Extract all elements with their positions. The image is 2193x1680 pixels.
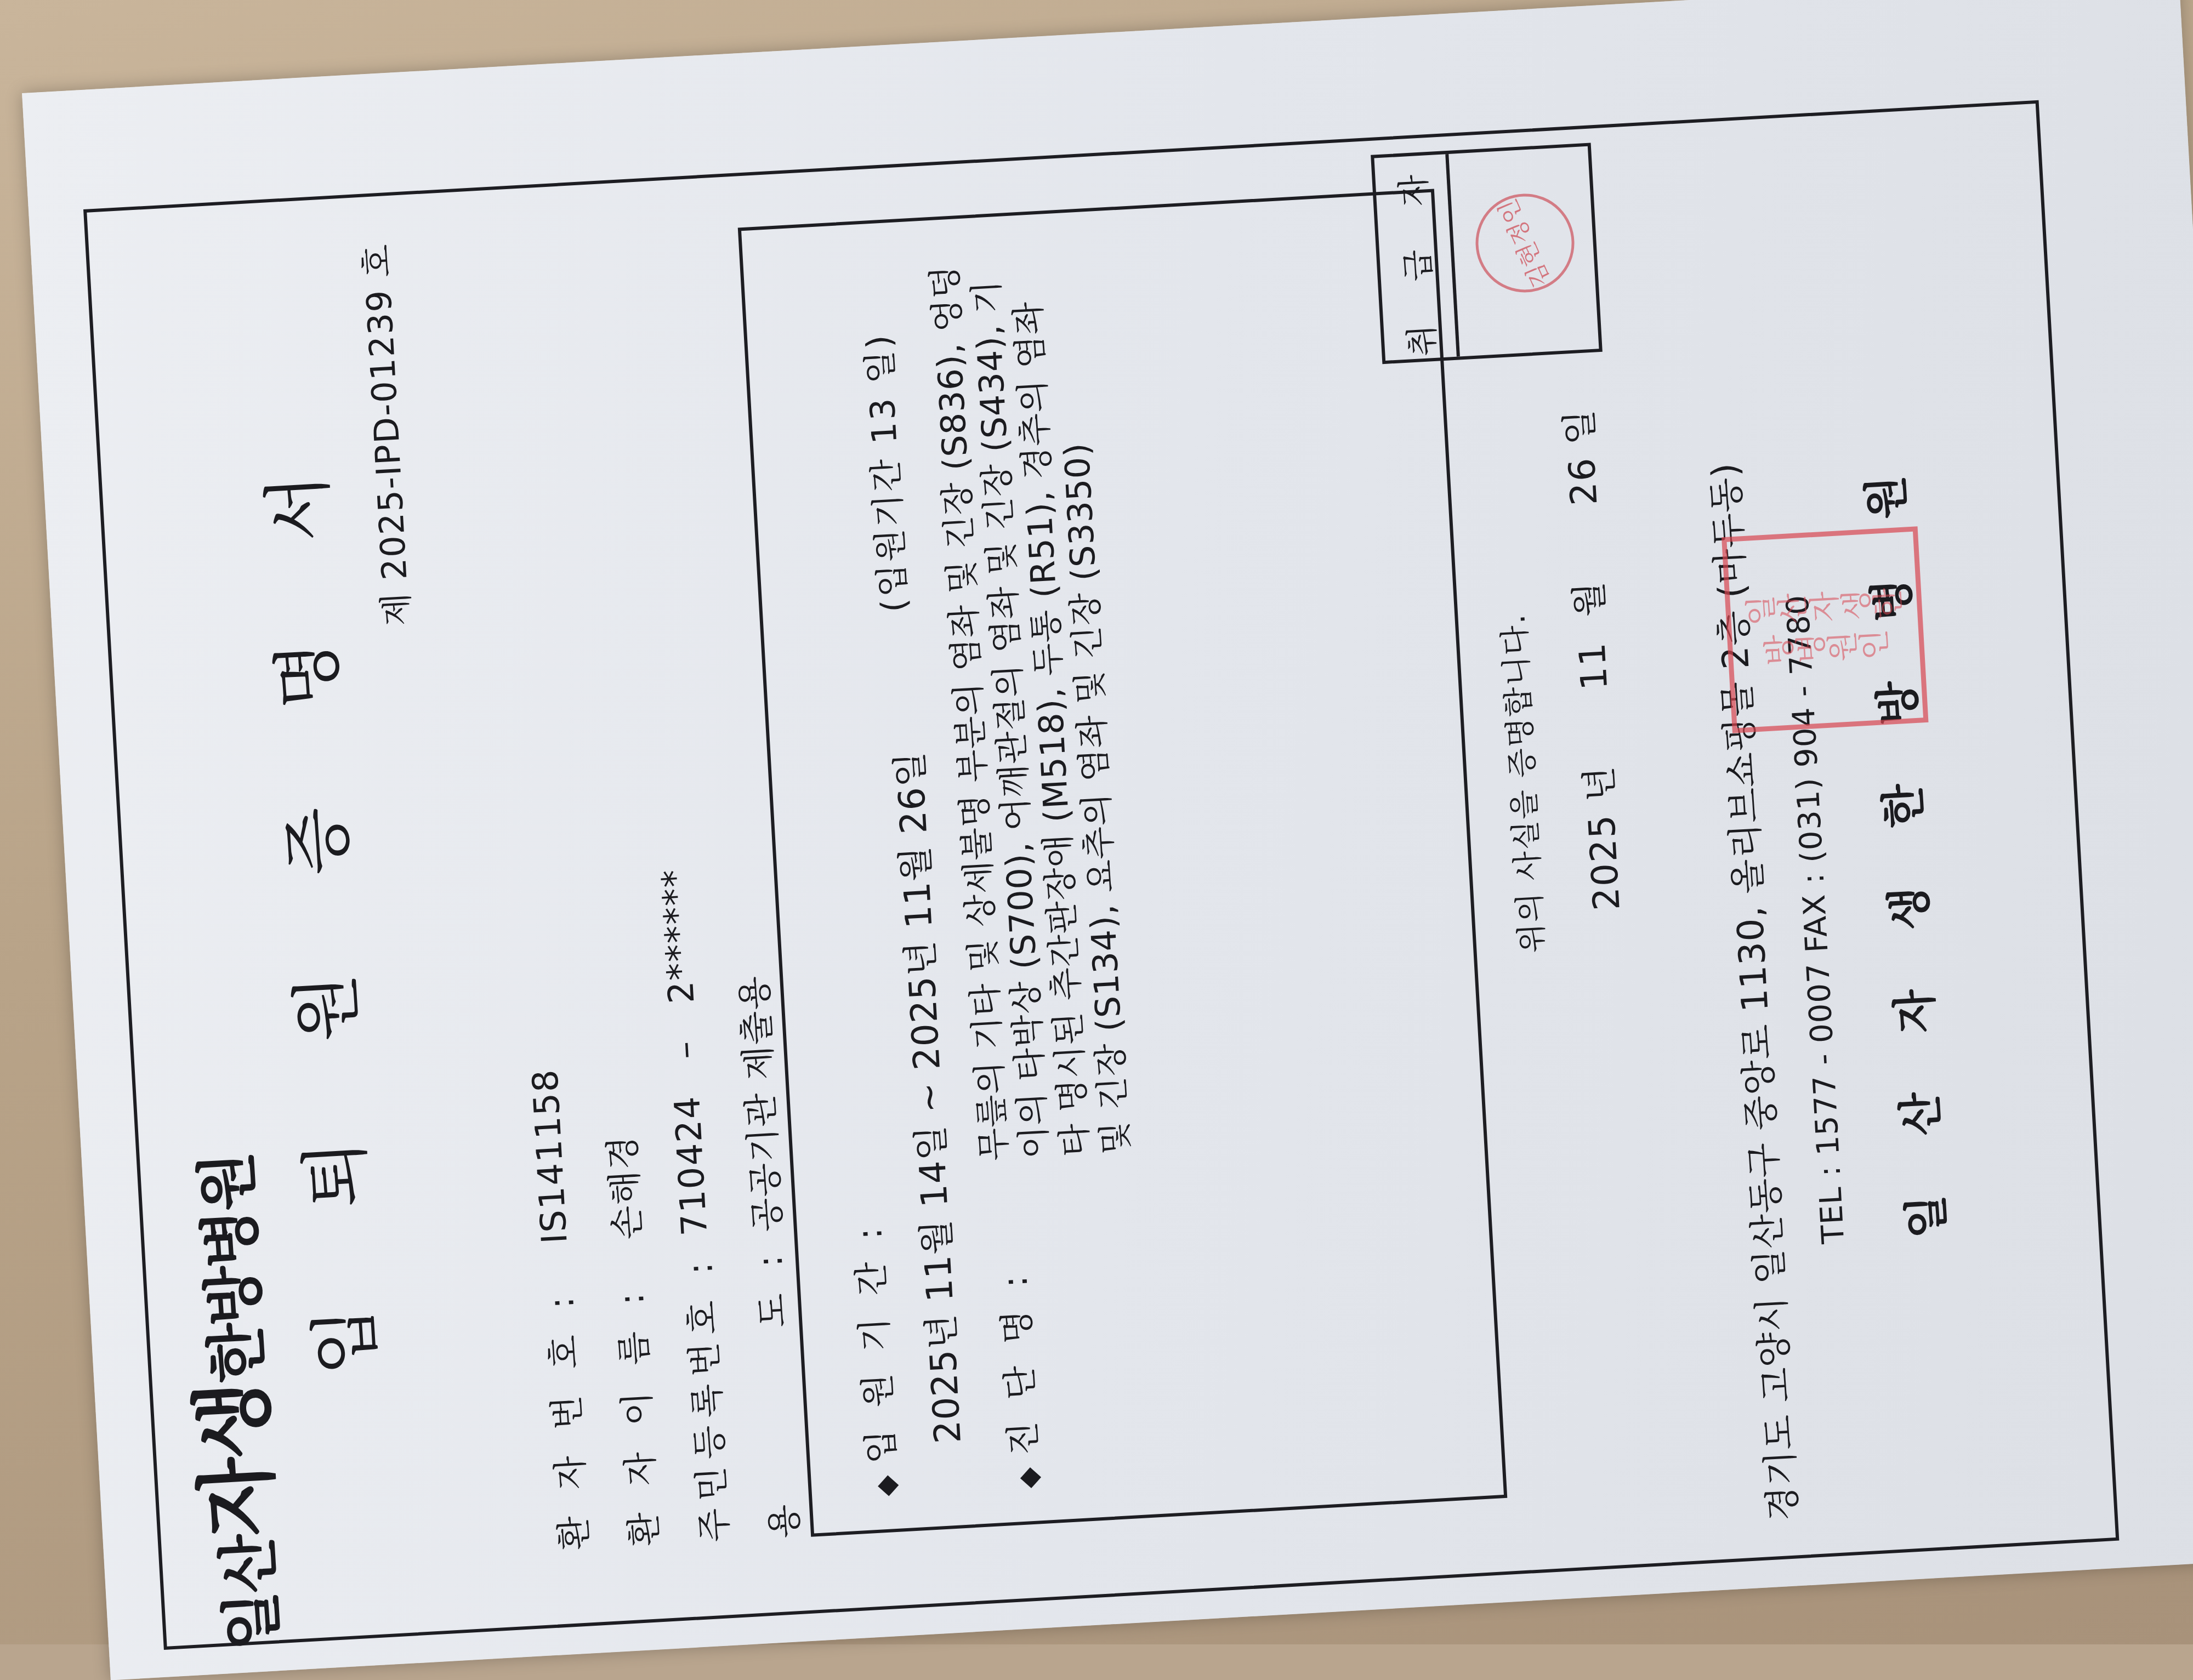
certificate-paper: 일산자생한방병원 입 퇴 원 증 명 서 제 2025-IPD-01239 호 … [22, 0, 2193, 1644]
patient-info-table: 환 자 번 호 : IS141158 환 자 이 름 : 손해경 주민등록번호 … [499, 863, 817, 1552]
purpose-value: 공공기관 제출용 [726, 974, 791, 1234]
logo-prefix: 일산 [213, 1534, 290, 1644]
diagnosis-heading: ◆진 단 명 : [986, 1269, 1049, 1490]
patient-name-label: 환 자 이 름 : [600, 1238, 668, 1547]
patient-number-value: IS141158 [525, 1068, 576, 1245]
handler-seal-icon: 김현정인 [1460, 178, 1589, 307]
resident-id-label: 주민등록번호 : [670, 1234, 737, 1544]
certificate-document: 일산자생한방병원 입 퇴 원 증 명 서 제 2025-IPD-01239 호 … [59, 44, 2169, 1644]
logo-emphasis: 자생 [185, 1380, 288, 1539]
admission-heading: ◆입 원 기 간 : [840, 1221, 906, 1498]
patient-number-label: 환 자 번 호 : [530, 1242, 598, 1551]
handler-box: 취 급 자 김현정인 [1371, 143, 1603, 364]
admission-duration: (입원기간 13 일) [851, 332, 916, 613]
admission-details-box: ◆입 원 기 간 : 2025년 11월 14일 ~ 2025년 11월 26일… [738, 189, 1508, 1536]
corporate-seal-icon: 일산자생한방병원인 [1722, 526, 1928, 733]
patient-name-value: 손해경 [594, 1134, 651, 1241]
diagnosis-list: 무릎의 기타 및 상세불명 부분의 염좌 및 긴장 (S836), 엉덩이의 타… [924, 255, 1137, 1162]
diamond-bullet-icon: ◆ [1012, 1466, 1045, 1489]
handler-signature-cell: 김현정인 [1448, 146, 1599, 357]
logo-suffix: 한방병원 [191, 1152, 275, 1384]
resident-id-value-masked: 710424 – 2****** [655, 868, 715, 1237]
diamond-bullet-icon: ◆ [870, 1474, 902, 1497]
handler-label: 취 급 자 [1374, 154, 1459, 361]
